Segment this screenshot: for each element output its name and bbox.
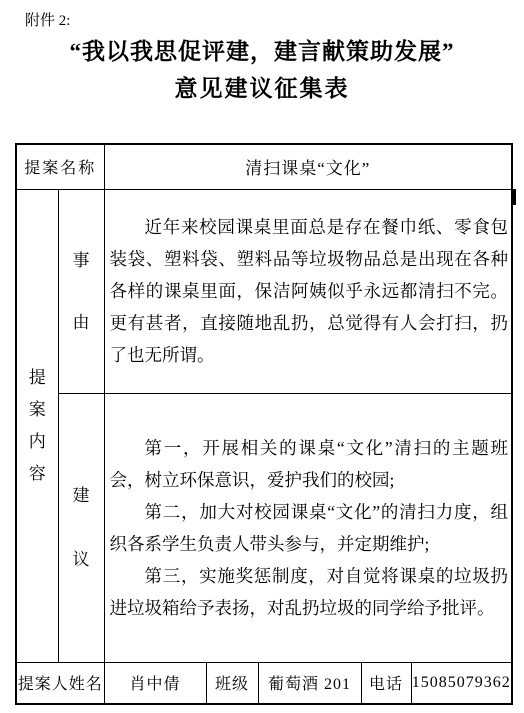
suggestion-item-1: 第一，开展相关的课桌“文化”清扫的主题班会，树立环保意识，爱护我们的校园; bbox=[110, 432, 509, 496]
suggestions-label-char: 议 bbox=[73, 551, 90, 568]
content-section-label: 提 案 内 容 bbox=[17, 369, 58, 482]
form-title-line-2: 意见建议征集表 bbox=[0, 70, 524, 103]
suggestions-label: 建 议 bbox=[59, 487, 104, 568]
reason-row: 提 案 内 容 事 由 近年来校园课桌里面总是存在餐巾纸、零食包装袋、塑料袋、塑… bbox=[16, 189, 512, 393]
suggestions-text-cell: 第一，开展相关的课桌“文化”清扫的主题班会，树立环保意识，爱护我们的校园; 第二… bbox=[104, 393, 512, 662]
proposer-name-value: 肖中倩 bbox=[104, 662, 206, 704]
proposal-name-value: 清扫课桌“文化” bbox=[104, 144, 512, 189]
class-label: 班级 bbox=[206, 662, 258, 704]
suggestion-item-2: 第二，加大对校园课桌“文化”的清扫力度，组织各系学生负责人带头参与，并定期维护; bbox=[110, 496, 509, 560]
content-label-char: 容 bbox=[29, 465, 46, 482]
reason-label-char: 事 bbox=[73, 252, 90, 269]
suggestions-row: 建 议 第一，开展相关的课桌“文化”清扫的主题班会，树立环保意识，爱护我们的校园… bbox=[16, 393, 512, 662]
content-label-char: 提 bbox=[29, 369, 46, 386]
phone-value: 15085079362 bbox=[411, 662, 512, 704]
proposer-name-label: 提案人姓名 bbox=[16, 662, 104, 704]
content-label-char: 案 bbox=[29, 401, 46, 418]
text-cursor-artifact bbox=[513, 189, 516, 205]
proposal-form-table: 提案名称 清扫课桌“文化” 提 案 内 容 事 由 近年来校园课桌里面总是存在餐… bbox=[15, 143, 513, 705]
reason-text: 近年来校园课桌里面总是存在餐巾纸、零食包装袋、塑料袋、塑料品等垃圾物品总是出现在… bbox=[110, 211, 509, 371]
attachment-label: 附件 2: bbox=[25, 9, 70, 30]
suggestions-label-char: 建 bbox=[73, 487, 90, 504]
reason-text-cell: 近年来校园课桌里面总是存在餐巾纸、零食包装袋、塑料袋、塑料品等垃圾物品总是出现在… bbox=[104, 189, 512, 393]
content-section-label-cell: 提 案 内 容 bbox=[16, 189, 58, 662]
reason-label-char: 由 bbox=[73, 314, 90, 331]
reason-label: 事 由 bbox=[59, 252, 104, 331]
reason-label-cell: 事 由 bbox=[58, 189, 104, 393]
content-label-char: 内 bbox=[29, 433, 46, 450]
proposal-name-label: 提案名称 bbox=[16, 144, 104, 189]
proposal-name-row: 提案名称 清扫课桌“文化” bbox=[16, 144, 512, 189]
suggestions-label-cell: 建 议 bbox=[58, 393, 104, 662]
phone-label: 电话 bbox=[361, 662, 411, 704]
form-title-line-1: “我以我思促评建，建言献策助发展” bbox=[0, 33, 524, 66]
suggestion-item-3: 第三，实施奖惩制度，对自觉将课桌的垃圾扔进垃圾箱给予表扬，对乱扔垃圾的同学给予批… bbox=[110, 560, 509, 624]
document-page: 附件 2: “我以我思促评建，建言献策助发展” 意见建议征集表 提案名称 清扫课… bbox=[0, 0, 524, 713]
proposer-info-row: 提案人姓名 肖中倩 班级 葡萄酒 201 电话 15085079362 bbox=[16, 662, 512, 704]
class-value: 葡萄酒 201 bbox=[258, 662, 361, 704]
